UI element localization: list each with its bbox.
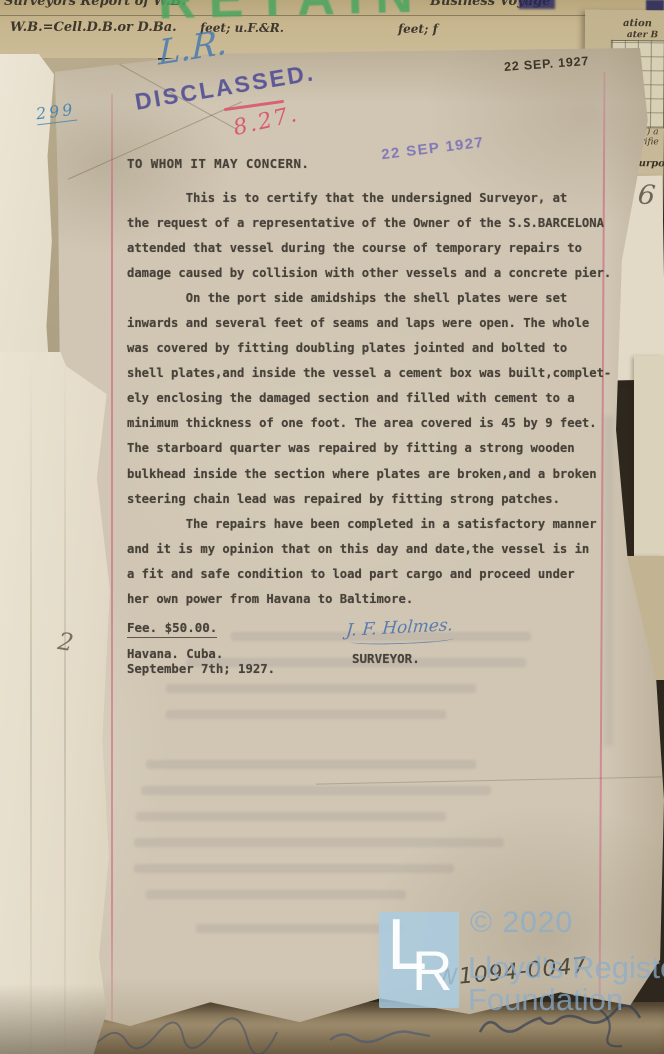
ink-fragment (519, 0, 555, 9)
bleedthrough-line (146, 760, 476, 769)
bleedthrough-line (134, 864, 454, 873)
paper-fold (64, 352, 66, 1054)
bleedthrough-line (134, 838, 504, 847)
bleedthrough-vertical (604, 416, 613, 746)
bleedthrough-line (186, 658, 526, 667)
watermark-copyright: © 2020 (470, 906, 573, 940)
bleedthrough-line (136, 812, 446, 821)
paper-strip-right (634, 356, 664, 574)
logo-letter-r: R (412, 938, 452, 1003)
scanned-document-photo: { "colors": { "page": "#d0c6b3", "margin… (0, 0, 664, 1054)
bleedthrough-line (141, 786, 491, 795)
pencil-mark-six: 6 (636, 179, 656, 212)
fee-line: Fee. $50.00. (127, 620, 217, 638)
typed-certificate-page: TO WHOM IT MAY CONCERN. This is to certi… (16, 44, 664, 1036)
ledger-fragment-text: ation (623, 18, 652, 29)
bleedthrough-line (196, 924, 406, 933)
paper-crease (316, 776, 662, 784)
watermark-org-name: Lloyd's Register (468, 950, 664, 986)
watermark-org-name: Foundation (468, 982, 623, 1018)
bleedthrough-line (231, 632, 531, 641)
ledger-print-line2-left: W.B.=Cell.D.B.or D.Ba. (10, 20, 177, 35)
bleedthrough-line (166, 710, 446, 719)
letter-body: This is to certify that the undersigned … (127, 186, 632, 612)
margin-rule-left (111, 94, 113, 1026)
salutation: TO WHOM IT MAY CONCERN. (127, 156, 309, 171)
lloyds-register-logo: L R (379, 912, 459, 1008)
ledger-fragment-text: ater B (627, 30, 658, 40)
bleedthrough-line (166, 684, 476, 693)
paper-strip-left-lower (0, 352, 110, 1054)
bleedthrough-line (146, 890, 406, 899)
paper-fold (30, 352, 32, 1054)
